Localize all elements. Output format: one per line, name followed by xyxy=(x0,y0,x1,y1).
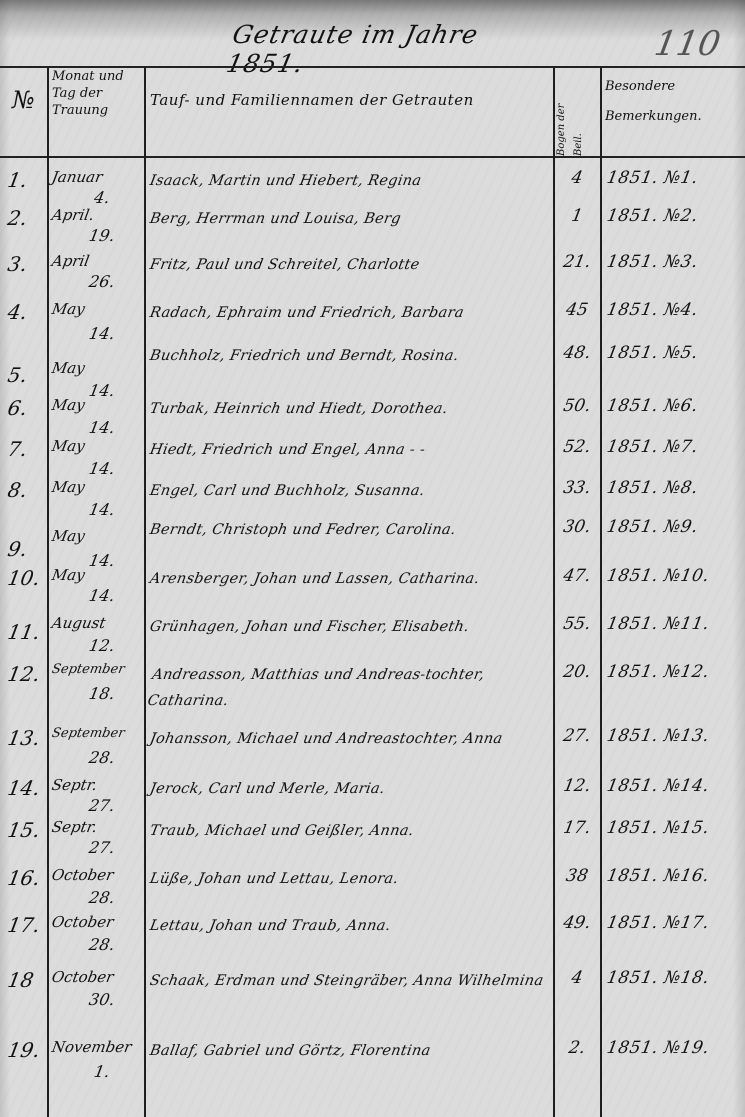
column-header-number: № xyxy=(12,92,35,109)
entry-remarks: 1851. №16. xyxy=(605,866,744,886)
entry-names: Jerock, Carl und Merle, Maria. xyxy=(148,776,555,802)
entry-page: 1 xyxy=(554,206,600,226)
entry-month: May xyxy=(50,527,145,545)
entry-names: Arensberger, Johan und Lassen, Catharina… xyxy=(148,566,555,592)
entry-page: 50. xyxy=(554,396,600,416)
entry-remarks: 1851. №12. xyxy=(605,662,744,682)
entry-page: 20. xyxy=(554,662,600,682)
entry-month: November xyxy=(50,1038,145,1056)
entry-page: 4 xyxy=(554,168,600,188)
entry-month: October xyxy=(50,866,145,884)
entry-number: 18 xyxy=(6,968,48,992)
entry-number: 19. xyxy=(6,1038,48,1062)
entry-page: 52. xyxy=(554,437,600,457)
entry-number: 12. xyxy=(6,662,48,686)
entry-remarks: 1851. №14. xyxy=(605,776,744,796)
entry-remarks: 1851. №6. xyxy=(605,396,744,416)
entry-month: August xyxy=(50,614,145,632)
entry-page: 2. xyxy=(554,1038,600,1058)
entry-page: 27. xyxy=(554,726,600,746)
entry-names: Schaak, Erdman und Steingräber, Anna Wil… xyxy=(148,968,555,994)
entry-remarks: 1851. №2. xyxy=(605,206,744,226)
entry-number: 1. xyxy=(6,168,48,192)
entry-number: 4. xyxy=(6,300,48,324)
entry-month: October xyxy=(50,968,145,986)
entry-month: May xyxy=(50,359,145,377)
entry-names: Ballaf, Gabriel und Görtz, Florentina xyxy=(148,1038,555,1064)
entry-page: 38 xyxy=(554,866,600,886)
entry-page: 17. xyxy=(554,818,600,838)
entry-month: October xyxy=(50,913,145,931)
entry-number: 14. xyxy=(6,776,48,800)
entry-day: 14. xyxy=(70,459,133,478)
entry-names: Lettau, Johan und Traub, Anna. xyxy=(148,913,555,939)
entry-page: 33. xyxy=(554,478,600,498)
register-page: Getraute im Jahre 1851. 110 № Monat und … xyxy=(0,0,745,1117)
entry-day: 28. xyxy=(70,888,133,907)
entry-number: 16. xyxy=(6,866,48,890)
entry-day: 27. xyxy=(70,796,133,815)
entry-day: 14. xyxy=(70,586,133,605)
entry-names: Lüße, Johan und Lettau, Lenora. xyxy=(148,866,555,892)
entry-page: 21. xyxy=(554,252,600,272)
entry-number: 10. xyxy=(6,566,48,590)
entry-day: 14. xyxy=(70,324,133,343)
entry-names: Berndt, Christoph und Fedrer, Carolina. xyxy=(148,517,555,543)
entry-month: May xyxy=(50,396,145,414)
entry-page: 12. xyxy=(554,776,600,796)
entry-names: Isaack, Martin und Hiebert, Regina xyxy=(148,168,555,194)
entry-month: Septr. xyxy=(50,818,145,836)
column-divider xyxy=(47,67,49,1117)
entry-number: 7. xyxy=(6,437,48,461)
entry-remarks: 1851. №9. xyxy=(605,517,744,537)
entry-number: 2. xyxy=(6,206,48,230)
entry-page: 55. xyxy=(554,614,600,634)
entry-remarks: 1851. №7. xyxy=(605,437,744,457)
entry-day: 28. xyxy=(70,748,133,767)
entry-remarks: 1851. №4. xyxy=(605,300,744,320)
entry-month: April xyxy=(50,252,145,270)
entry-remarks: 1851. №17. xyxy=(605,913,744,933)
header-bottom-rule xyxy=(0,156,745,158)
entry-remarks: 1851. №15. xyxy=(605,818,744,838)
entry-number: 17. xyxy=(6,913,48,937)
entry-names: Turbak, Heinrich und Hiedt, Dorothea. xyxy=(148,396,555,422)
column-header-date: Monat und Tag der Trauung xyxy=(52,68,142,119)
entry-number: 3. xyxy=(6,252,48,276)
entry-number: 9. xyxy=(6,537,48,561)
entry-names: Hiedt, Friedrich und Engel, Anna - - xyxy=(148,437,555,463)
entry-number: 5. xyxy=(6,363,48,387)
entry-remarks: 1851. №1. xyxy=(605,168,744,188)
entry-page: 4 xyxy=(554,968,600,988)
entry-month: Septr. xyxy=(50,776,145,794)
entry-names: Engel, Carl und Buchholz, Susanna. xyxy=(148,478,555,504)
page-title: Getraute im Jahre 1851. xyxy=(224,20,556,78)
entry-page: 47. xyxy=(554,566,600,586)
entry-remarks: 1851. №18. xyxy=(605,968,744,988)
column-divider xyxy=(144,67,146,1117)
entry-names: Fritz, Paul und Schreitel, Charlotte xyxy=(148,252,555,278)
entry-day: 14. xyxy=(70,418,133,437)
entry-month: April. xyxy=(50,206,145,224)
entry-day: 14. xyxy=(70,500,133,519)
entry-month: Januar xyxy=(50,168,145,186)
entry-remarks: 1851. №5. xyxy=(605,343,744,363)
entry-day: 28. xyxy=(70,935,133,954)
entry-remarks: 1851. №8. xyxy=(605,478,744,498)
entry-page: 49. xyxy=(554,913,600,933)
entry-names: Traub, Michael und Geißler, Anna. xyxy=(148,818,555,844)
entry-remarks: 1851. №13. xyxy=(605,726,744,746)
column-header-names: Tauf- und Familiennamen der Getrauten xyxy=(150,92,550,109)
entry-day: 30. xyxy=(70,990,133,1009)
column-divider xyxy=(600,67,602,1117)
entry-number: 15. xyxy=(6,818,48,842)
entry-month: May xyxy=(50,566,145,584)
entry-names: Johansson, Michael und Andreastochter, A… xyxy=(148,726,555,752)
entry-page: 45 xyxy=(554,300,600,320)
entry-page: 48. xyxy=(554,343,600,363)
entry-month: September xyxy=(51,662,146,677)
entry-day: 27. xyxy=(70,838,133,857)
entry-day: 26. xyxy=(70,272,133,291)
column-header-remarks: Besondere Bemerkungen. xyxy=(605,72,745,132)
entry-day: 1. xyxy=(70,1062,133,1081)
entry-number: 13. xyxy=(6,726,48,750)
entry-day: 4. xyxy=(70,188,133,207)
entry-names: Buchholz, Friedrich und Berndt, Rosina. xyxy=(148,343,555,369)
entry-day: 12. xyxy=(70,636,133,655)
entry-number: 11. xyxy=(6,620,48,644)
entry-page: 30. xyxy=(554,517,600,537)
entry-month: May xyxy=(50,437,145,455)
entry-day: 19. xyxy=(70,226,133,245)
entry-number: 6. xyxy=(6,396,48,420)
entry-remarks: 1851. №19. xyxy=(605,1038,744,1058)
entry-number: 8. xyxy=(6,478,48,502)
entry-month: May xyxy=(50,478,145,496)
entry-remarks: 1851. №11. xyxy=(605,614,744,634)
folio-number: 110 xyxy=(651,24,723,64)
entry-names: Radach, Ephraim und Friedrich, Barbara xyxy=(148,300,555,326)
entry-remarks: 1851. №3. xyxy=(605,252,744,272)
column-header-page: Bogen der Beil. xyxy=(553,78,601,156)
entry-month: September xyxy=(51,726,146,741)
entry-names: Berg, Herrman und Louisa, Berg xyxy=(148,206,555,232)
entry-names: Grünhagen, Johan und Fischer, Elisabeth. xyxy=(148,614,555,640)
entry-day: 18. xyxy=(70,684,133,703)
entry-remarks: 1851. №10. xyxy=(605,566,744,586)
entry-names: Andreasson, Matthias und Andreas-tochter… xyxy=(145,662,556,714)
entry-month: May xyxy=(50,300,145,318)
